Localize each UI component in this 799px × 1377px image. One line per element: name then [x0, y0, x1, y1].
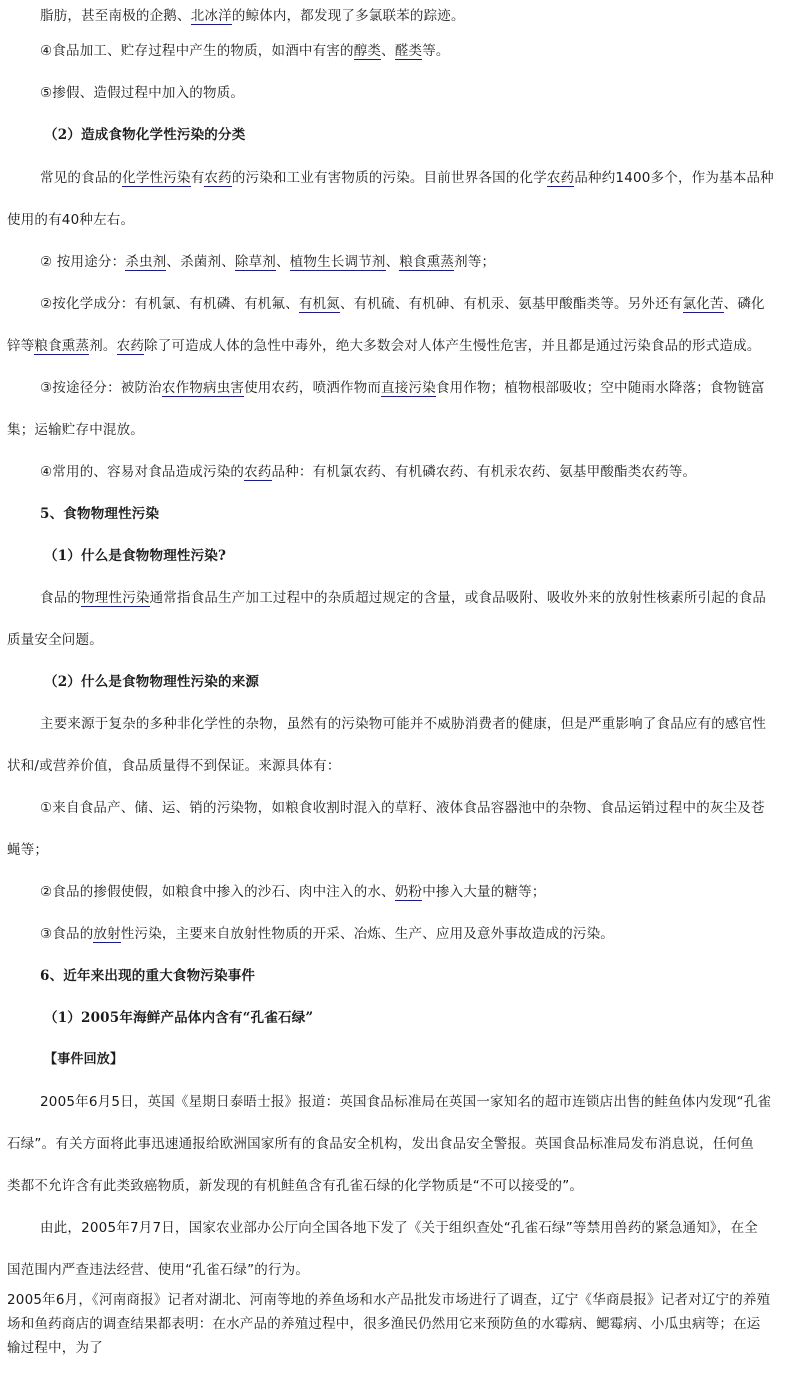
keyword-link[interactable]: 农药: [204, 170, 231, 187]
text-run: 集；运输贮存中混放。: [7, 422, 144, 438]
paragraph-line: ⑤掺假、造假过程中加入的物质。: [40, 84, 244, 102]
paragraph-line: ①来自食品产、储、运、销的污染物，如粮食收割时混入的草籽、液体食品容器池中的杂物…: [40, 799, 765, 817]
paragraph-line: 2005年6月5日，英国《星期日泰晤士报》报道：英国食品标准局在英国一家知名的超…: [40, 1093, 771, 1111]
keyword-link[interactable]: 放射: [93, 926, 120, 943]
section-heading: （1）2005年海鲜产品体内含有“孔雀石绿”: [44, 1009, 313, 1027]
text-run: 剂。: [89, 338, 116, 354]
paragraph-line: 蝇等；: [7, 841, 48, 859]
text-run: 2005年6月5日，英国《星期日泰晤士报》报道：英国食品标准局在英国一家知名的超…: [40, 1094, 771, 1110]
text-run: ⑤掺假、造假过程中加入的物质。: [40, 85, 244, 101]
paragraph-line: 使用的有40种左右。: [7, 211, 134, 229]
text-run: 使用的有40种左右。: [7, 212, 134, 228]
text-run: （2）造成食物化学性污染的分类: [44, 127, 245, 143]
text-run: 2005年6月，《河南商报》记者对湖北、河南等地的养鱼场和水产品批发市场进行了调…: [7, 1292, 770, 1308]
section-heading: 6、近年来出现的重大食物污染事件: [40, 967, 255, 985]
text-run: 的鲸体内，都发现了多氯联苯的踪迹。: [232, 8, 465, 24]
text-run: 品种：有机氯农药、有机磷农药、有机汞农药、氨基甲酸酯类农药等。: [272, 464, 697, 480]
section-heading: （1）什么是食物物理性污染?: [44, 547, 226, 565]
keyword-link[interactable]: 直接污染: [381, 380, 436, 397]
text-run: （1）2005年海鲜产品体内含有“孔雀石绿”: [44, 1010, 313, 1026]
text-run: ③按途径分：被防治: [40, 380, 162, 396]
text-run: ② 按用途分：: [40, 254, 125, 270]
paragraph-line: 食品的物理性污染通常指食品生产加工过程中的杂质超过规定的含量，或食品吸附、吸收外…: [40, 589, 766, 607]
text-run: 有: [191, 170, 205, 186]
keyword-link[interactable]: 农药: [117, 338, 144, 355]
paragraph-line: 质量安全问题。: [7, 631, 103, 649]
text-run: （1）什么是食物物理性污染?: [44, 548, 226, 564]
paragraph-line: ④常用的、容易对食品造成污染的农药品种：有机氯农药、有机磷农药、有机汞农药、氨基…: [40, 463, 696, 481]
section-heading: （2）什么是食物物理性污染的来源: [44, 673, 259, 691]
text-run: 输过程中，为了: [7, 1340, 103, 1356]
text-run: 除了可造成人体的急性中毒外，绝大多数会对人体产生慢性危害，并且都是通过污染食品的…: [144, 338, 761, 354]
text-run: 食品的: [40, 590, 81, 606]
keyword-link[interactable]: 农作物病虫害: [162, 380, 244, 397]
text-run: 5、食物物理性污染: [40, 506, 159, 522]
text-run: ④食品加工、贮存过程中产生的物质，如酒中有害的: [40, 43, 354, 59]
text-run: 、: [276, 254, 290, 270]
text-run: 中掺入大量的糖等；: [422, 884, 545, 900]
keyword-link[interactable]: 北冰洋: [191, 8, 232, 25]
keyword-link[interactable]: 粮食熏蒸: [399, 254, 454, 271]
text-run: 锌等: [7, 338, 34, 354]
text-run: 食用作物；植物根部吸收；空中随雨水降落；食物链富: [436, 380, 765, 396]
paragraph-line: 2005年6月，《河南商报》记者对湖北、河南等地的养鱼场和水产品批发市场进行了调…: [7, 1291, 770, 1309]
text-run: 通常指食品生产加工过程中的杂质超过规定的含量，或食品吸附、吸收外来的放射性核素所…: [150, 590, 767, 606]
paragraph-line: 常见的食品的化学性污染有农药的污染和工业有害物质的污染。目前世界各国的化学农药品…: [40, 169, 774, 187]
section-heading: 【事件回放】: [44, 1051, 123, 1069]
paragraph-line: 国范围内严查违法经营、使用“孔雀石绿”的行为。: [7, 1261, 309, 1279]
paragraph-line: 锌等粮食熏蒸剂。农药除了可造成人体的急性中毒外，绝大多数会对人体产生慢性危害，并…: [7, 337, 761, 355]
paragraph-line: 主要来源于复杂的多种非化学性的杂物，虽然有的污染物可能并不威胁消费者的健康，但是…: [40, 715, 766, 733]
text-run: ③食品的: [40, 926, 93, 942]
text-run: 国范围内严查违法经营、使用“孔雀石绿”的行为。: [7, 1262, 309, 1278]
text-run: 的污染和工业有害物质的污染。目前世界各国的化学: [232, 170, 547, 186]
paragraph-line: 状和/或营养价值，食品质量得不到保证。来源具体有：: [7, 757, 341, 775]
text-run: 性污染，主要来自放射性物质的开采、冶炼、生产、应用及意外事故造成的污染。: [121, 926, 614, 942]
text-run: 脂肪，甚至南极的企鹅、: [40, 8, 191, 24]
text-run: 、: [386, 254, 400, 270]
paragraph-line: ②食品的掺假使假，如粮食中掺入的沙石、肉中注入的水、奶粉中掺入大量的糖等；: [40, 883, 546, 901]
paragraph-line: ③按途径分：被防治农作物病虫害使用农药，喷洒作物而直接污染食用作物；植物根部吸收…: [40, 379, 765, 397]
keyword-link[interactable]: 化学性污染: [122, 170, 191, 187]
text-run: ②按化学成分：有机氯、有机磷、有机氟、: [40, 296, 299, 312]
text-run: 质量安全问题。: [7, 632, 103, 648]
text-run: 剂等；: [454, 254, 495, 270]
text-run: 、: [381, 43, 395, 59]
keyword-link[interactable]: 杀虫剂: [125, 254, 166, 271]
text-run: 等。: [422, 43, 449, 59]
text-run: 6、近年来出现的重大食物污染事件: [40, 968, 255, 984]
text-run: 蝇等；: [7, 842, 48, 858]
keyword-link[interactable]: 农药: [244, 464, 271, 481]
text-run: 、有机硫、有机砷、有机汞、氨基甲酸酯类等。另外还有: [340, 296, 683, 312]
paragraph-line: 集；运输贮存中混放。: [7, 421, 144, 439]
paragraph-line: ③食品的放射性污染，主要来自放射性物质的开采、冶炼、生产、应用及意外事故造成的污…: [40, 925, 614, 943]
text-run: 类都不允许含有此类致癌物质，新发现的有机鲑鱼含有孔雀石绿的化学物质是“不可以接受…: [7, 1178, 583, 1194]
text-run: 石绿”。有关方面将此事迅速通报给欧洲国家所有的食品安全机构，发出食品安全警报。英…: [7, 1136, 754, 1152]
keyword-link[interactable]: 除草剂: [235, 254, 276, 271]
section-heading: （2）造成食物化学性污染的分类: [44, 126, 245, 144]
text-run: ②食品的掺假使假，如粮食中掺入的沙石、肉中注入的水、: [40, 884, 395, 900]
section-heading: 5、食物物理性污染: [40, 505, 159, 523]
paragraph-line: 场和鱼药商店的调查结果都表明：在水产品的养殖过程中，很多渔民仍然用它来预防鱼的水…: [7, 1315, 761, 1333]
paragraph-line: 类都不允许含有此类致癌物质，新发现的有机鲑鱼含有孔雀石绿的化学物质是“不可以接受…: [7, 1177, 583, 1195]
paragraph-line: ②按化学成分：有机氯、有机磷、有机氟、有机氮、有机硫、有机砷、有机汞、氨基甲酸酯…: [40, 295, 765, 313]
text-run: 品种约1400多个，作为基本品种: [574, 170, 774, 186]
keyword-link[interactable]: 氯化苦: [683, 296, 724, 313]
paragraph-line: ② 按用途分：杀虫剂、杀菌剂、除草剂、植物生长调节剂、粮食熏蒸剂等；: [40, 253, 495, 271]
text-run: 主要来源于复杂的多种非化学性的杂物，虽然有的污染物可能并不威胁消费者的健康，但是…: [40, 716, 766, 732]
text-run: 场和鱼药商店的调查结果都表明：在水产品的养殖过程中，很多渔民仍然用它来预防鱼的水…: [7, 1316, 761, 1332]
keyword-link[interactable]: 醇类: [354, 43, 381, 60]
text-run: 、磷化: [724, 296, 765, 312]
text-run: 、杀菌剂、: [166, 254, 235, 270]
text-run: 常见的食品的: [40, 170, 122, 186]
paragraph-line: 由此，2005年7月7日，国家农业部办公厅向全国各地下发了《关于组织查处“孔雀石…: [40, 1219, 758, 1237]
paragraph-line: 石绿”。有关方面将此事迅速通报给欧洲国家所有的食品安全机构，发出食品安全警报。英…: [7, 1135, 754, 1153]
keyword-link[interactable]: 粮食熏蒸: [34, 338, 89, 355]
text-run: 【事件回放】: [44, 1052, 123, 1067]
keyword-link[interactable]: 物理性污染: [81, 590, 150, 607]
text-run: ④常用的、容易对食品造成污染的: [40, 464, 244, 480]
text-run: （2）什么是食物物理性污染的来源: [44, 674, 259, 690]
paragraph-line: 脂肪，甚至南极的企鹅、北冰洋的鲸体内，都发现了多氯联苯的踪迹。: [40, 7, 465, 25]
paragraph-line: 输过程中，为了: [7, 1339, 103, 1357]
text-run: 使用农药，喷洒作物而: [244, 380, 381, 396]
text-run: 由此，2005年7月7日，国家农业部办公厅向全国各地下发了《关于组织查处“孔雀石…: [40, 1220, 758, 1236]
paragraph-line: ④食品加工、贮存过程中产生的物质，如酒中有害的醇类、醛类等。: [40, 42, 450, 60]
text-run: 状和/或营养价值，食品质量得不到保证。来源具体有：: [7, 758, 341, 774]
keyword-link[interactable]: 植物生长调节剂: [290, 254, 386, 271]
text-run: ①来自食品产、储、运、销的污染物，如粮食收割时混入的草籽、液体食品容器池中的杂物…: [40, 800, 765, 816]
keyword-link[interactable]: 奶粉: [395, 884, 422, 901]
keyword-link[interactable]: 农药: [547, 170, 574, 187]
keyword-link[interactable]: 醛类: [395, 43, 422, 60]
keyword-link[interactable]: 有机氮: [299, 296, 340, 313]
